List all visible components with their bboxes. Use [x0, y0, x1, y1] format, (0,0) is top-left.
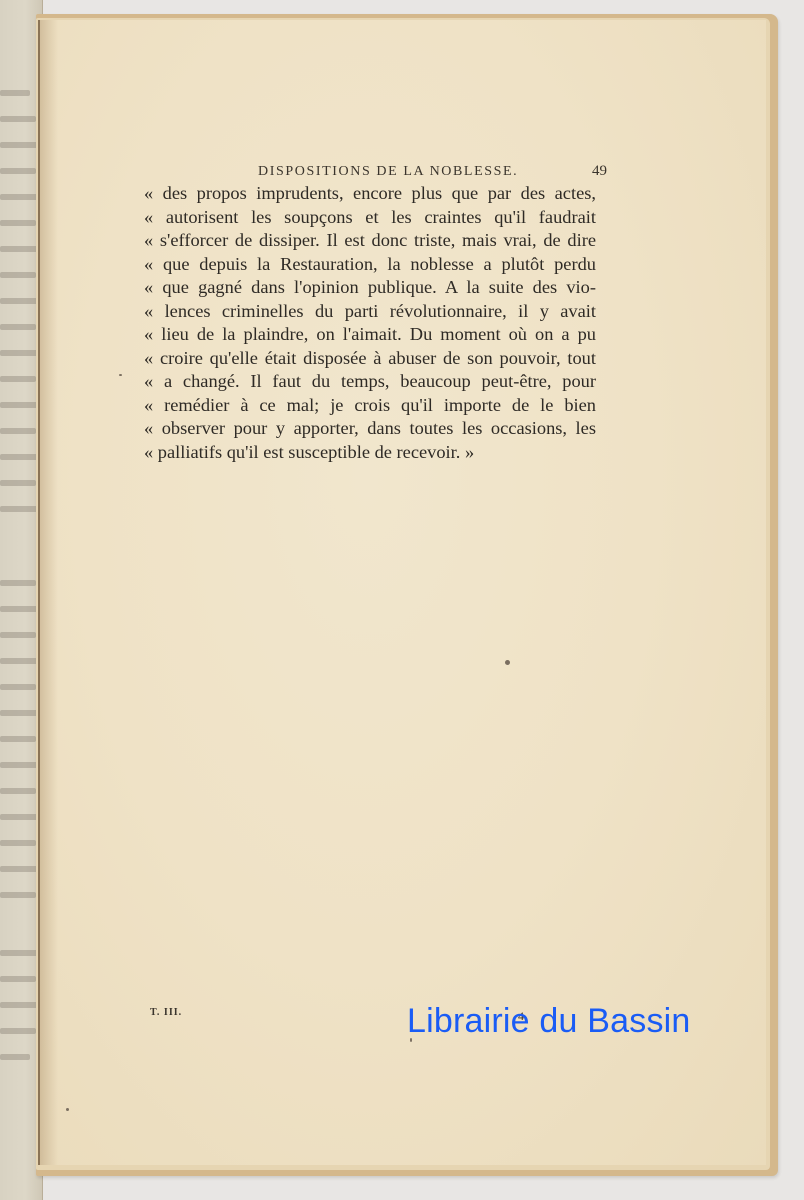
left-page-text-fragment: [0, 220, 36, 226]
left-page-text-fragment: [0, 428, 36, 434]
left-page-text-fragment: [0, 272, 36, 278]
paper-speck: [66, 1108, 69, 1111]
left-page-text-fragment: [0, 736, 36, 742]
left-page-text-fragment: [0, 246, 38, 252]
left-page-text-fragment: [0, 506, 38, 512]
text-line: « croire qu'elle était disposée à abuser…: [144, 347, 596, 371]
running-head: DISPOSITIONS DE LA NOBLESSE.: [258, 164, 518, 180]
paper-speck: [119, 374, 122, 376]
left-page-text-fragment: [0, 762, 38, 768]
left-page-text-fragment: [0, 350, 38, 356]
left-page-text-fragment: [0, 376, 36, 382]
left-page-text-fragment: [0, 454, 38, 460]
left-page-text-fragment: [0, 402, 38, 408]
text-line: « des propos imprudents, encore plus que…: [144, 182, 596, 206]
left-page-text-fragment: [0, 1028, 36, 1034]
left-page-text-fragment: [0, 866, 38, 872]
book-page: DISPOSITIONS DE LA NOBLESSE. 49 « des pr…: [38, 20, 766, 1165]
text-line: « remédier à ce mal; je crois qu'il impo…: [144, 394, 596, 418]
left-page-text-fragment: [0, 580, 36, 586]
left-page-text-fragment: [0, 976, 36, 982]
left-page-text-fragment: [0, 684, 36, 690]
text-line: « lieu de la plaindre, on l'aimait. Du m…: [144, 323, 596, 347]
left-page-text-fragment: [0, 950, 38, 956]
text-line: « observer pour y apporter, dans toutes …: [144, 417, 596, 441]
text-line: « que depuis la Restauration, la nobless…: [144, 253, 596, 277]
text-line: « autorisent les soupçons et les crainte…: [144, 206, 596, 230]
paper-speck: [505, 660, 510, 665]
left-page-text-fragment: [0, 168, 36, 174]
text-line: « s'efforcer de dissiper. Il est donc tr…: [144, 229, 596, 253]
left-page-text-fragment: [0, 606, 38, 612]
left-page-text-fragment: [0, 116, 36, 122]
left-page-text-fragment: [0, 480, 36, 486]
text-line: « a changé. Il faut du temps, beaucoup p…: [144, 370, 596, 394]
left-page-text-fragment: [0, 90, 30, 96]
left-page-text-fragment: [0, 1054, 30, 1060]
left-page-text-fragment: [0, 892, 36, 898]
page-number: 49: [592, 163, 607, 180]
watermark: Librairie du Bassin: [407, 1002, 691, 1041]
left-page-text-fragment: [0, 1002, 38, 1008]
left-page-text-fragment: [0, 324, 36, 330]
left-page-text-fragment: [0, 632, 36, 638]
text-line: « lences criminelles du parti révolution…: [144, 300, 596, 324]
body-text: « des propos imprudents, encore plus que…: [144, 182, 596, 464]
left-page-text-fragment: [0, 788, 36, 794]
left-page-text-fragment: [0, 194, 38, 200]
left-page-text-fragment: [0, 298, 38, 304]
left-page-text-fragment: [0, 814, 38, 820]
text-line: « que gagné dans l'opinion publique. A l…: [144, 276, 596, 300]
left-page-text-fragment: [0, 142, 38, 148]
left-page-text-fragment: [0, 658, 38, 664]
left-page-text-fragment: [0, 840, 36, 846]
text-line: « palliatifs qu'il est susceptible de re…: [144, 441, 596, 465]
signature-mark: T. III.: [150, 1007, 182, 1018]
left-page-text-fragment: [0, 710, 38, 716]
spine-shadow: [40, 20, 58, 1165]
